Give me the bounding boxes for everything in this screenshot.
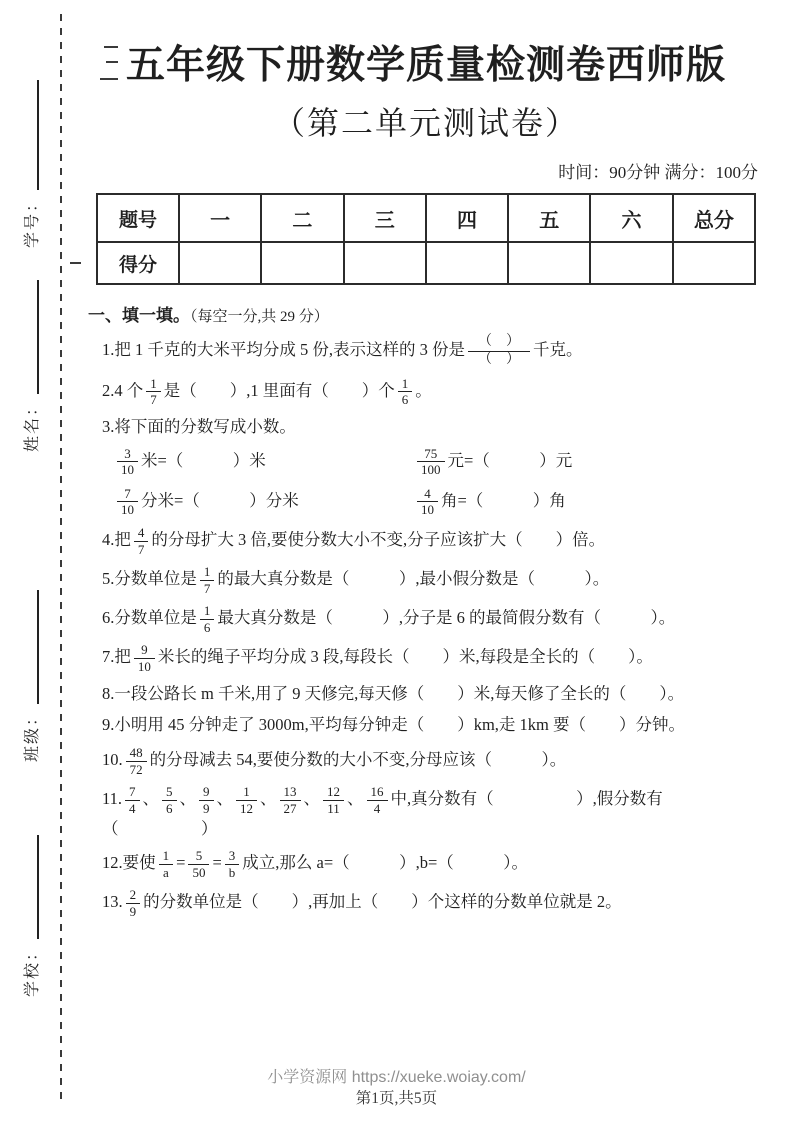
fraction: 29 (126, 887, 141, 919)
fraction: 710 (117, 486, 138, 518)
score-table-header-cell: 四 (426, 194, 508, 242)
question-item: 3.将下面的分数写成小数。310米=（ ）米75100元=（ ）元710分米=（… (102, 415, 764, 518)
section-title: 一、填一填。 (88, 306, 190, 325)
sub-item: 310米=（ ）米 (114, 446, 414, 478)
footer-source-link: 小学资源网 https://xueke.woiay.com/ (0, 1064, 793, 1087)
fraction: 47 (134, 525, 149, 557)
fraction: 410 (417, 486, 438, 518)
question-text: 4.把 (102, 530, 131, 549)
fraction: 16 (398, 376, 413, 408)
question-text: 元=（ ）元 (448, 450, 573, 469)
fraction: 1a (159, 848, 174, 880)
question-text: 10. (102, 750, 123, 769)
question-text: 的最大真分数是（ ）,最小假分数是（ ）。 (217, 569, 609, 588)
footer-page-number: 第1页,共5页 (0, 1086, 793, 1108)
sidebar-field-student-id: 学号： (16, 80, 42, 248)
question-text: 11. (102, 789, 122, 808)
time-score-meta: 时间：90分钟 满分：100分 (88, 158, 764, 183)
school-label: 学校： (19, 943, 42, 997)
fraction: 17 (200, 564, 215, 596)
question-text: 。 (415, 380, 432, 399)
question-text: 、 (304, 789, 321, 808)
question-item: 2.4 个17是（ ）,1 里面有（ ）个16。 (102, 376, 764, 408)
question-item: 11.74、56、99、112、1327、1211、164中,真分数有（ ）,假… (102, 784, 764, 841)
question-text: 13. (102, 892, 123, 911)
page-subtitle: （第二单元测试卷） (88, 98, 764, 144)
sidebar-field-class: 班级： (16, 590, 42, 762)
question-item: 1.把 1 千克的大米平均分成 5 份,表示这样的 3 份是（ ）（ ）千克。 (102, 334, 764, 369)
score-table-header-cell: 题号 (97, 194, 179, 242)
question-text: 分米=（ ）分米 (141, 491, 299, 510)
fraction: 550 (188, 848, 209, 880)
name-writeline (23, 280, 39, 394)
question-item: 10.4872的分母减去 54,要使分数的大小不变,分母应该（ ）。 (102, 745, 764, 777)
question-text: 2.4 个 (102, 380, 143, 399)
question-text: 成立,那么 a=（ ）,b=（ ）。 (242, 853, 528, 872)
score-table-header-cell: 三 (344, 194, 426, 242)
score-table-score-row: 得分 (97, 242, 755, 284)
question-text: 7.把 (102, 647, 131, 666)
question-item: 9.小明用 45 分钟走了 3000m,平均每分钟走（ ）km,走 1km 要（… (102, 713, 764, 738)
main-content: 五年级下册数学质量检测卷西师版 （第二单元测试卷） 时间：90分钟 满分：100… (88, 0, 764, 927)
sidebar-field-name: 姓名： (16, 280, 42, 452)
score-table-header-cell: 总分 (673, 194, 755, 242)
score-table-header-cell: 二 (261, 194, 343, 242)
question-text: 1.把 1 千克的大米平均分成 5 份,表示这样的 3 份是 (102, 340, 465, 359)
questions-list: 1.把 1 千克的大米平均分成 5 份,表示这样的 3 份是（ ）（ ）千克。2… (88, 334, 764, 920)
score-table-empty-cell (179, 242, 261, 284)
question-text: = (212, 853, 221, 872)
fraction: 16 (200, 603, 215, 635)
question-text: 8.一段公路长 m 千米,用了 9 天修完,每天修（ ）米,每天修了全长的（ ）… (102, 684, 684, 703)
score-table-header-cell: 五 (508, 194, 590, 242)
score-table: 题号一二三四五六总分 得分 (96, 193, 756, 285)
question-item: 4.把47的分母扩大 3 倍,要使分数大小不变,分子应该扩大（ ）倍。 (102, 525, 764, 557)
student-id-writeline (23, 80, 39, 190)
question-item: 12.要使1a=550=3b成立,那么 a=（ ）,b=（ ）。 (102, 848, 764, 880)
fraction: 75100 (417, 446, 445, 478)
question-text: 米长的绳子平均分成 3 段,每段长（ ）米,每段是全长的（ ）。 (158, 647, 653, 666)
question-text: 、 (260, 789, 277, 808)
question-item: 8.一段公路长 m 千米,用了 9 天修完,每天修（ ）米,每天修了全长的（ ）… (102, 682, 764, 707)
class-writeline (23, 590, 39, 704)
tick-mark (70, 262, 81, 264)
fraction: 3b (225, 848, 240, 880)
fraction: 74 (125, 784, 140, 816)
fraction: 4872 (126, 745, 147, 777)
test-paper-sheet: 学号： 姓名： 班级： 学校： 五年级下册数学质量检测卷西师版 （第二单元测试卷… (0, 0, 793, 1122)
question-item: 7.把910米长的绳子平均分成 3 段,每段长（ ）米,每段是全长的（ ）。 (102, 642, 764, 674)
score-table-empty-cell (590, 242, 672, 284)
score-table-header-cell: 六 (590, 194, 672, 242)
sub-item: 75100元=（ ）元 (414, 446, 764, 478)
fraction: 310 (117, 446, 138, 478)
fraction: 112 (236, 784, 257, 816)
binding-dashed-line (60, 14, 62, 1106)
section-note: （每空一分,共 29 分） (190, 309, 329, 325)
score-table-empty-cell (261, 242, 343, 284)
name-label: 姓名： (19, 398, 42, 452)
question-text: 千克。 (533, 340, 583, 359)
question-text: 是（ ）,1 里面有（ ）个 (164, 380, 395, 399)
question-item: 13.29的分数单位是（ ）,再加上（ ）个这样的分数单位就是 2。 (102, 887, 764, 919)
fraction: 99 (199, 784, 214, 816)
class-label: 班级： (19, 708, 42, 762)
score-table-empty-cell (673, 242, 755, 284)
fraction: 910 (134, 642, 155, 674)
question-text: 12.要使 (102, 853, 156, 872)
question-item: 5.分数单位是17的最大真分数是（ ）,最小假分数是（ ）。 (102, 564, 764, 596)
fraction: 56 (162, 784, 177, 816)
question-text: 9.小明用 45 分钟走了 3000m,平均每分钟走（ ）km,走 1km 要（… (102, 715, 685, 734)
section-heading: 一、填一填。（每空一分,共 29 分） (88, 301, 764, 326)
fraction: 1327 (280, 784, 301, 816)
score-table-empty-cell (426, 242, 508, 284)
question-text: 、 (217, 789, 234, 808)
question-text: 5.分数单位是 (102, 569, 197, 588)
fraction: 17 (146, 376, 161, 408)
fraction: （ ）（ ） (468, 334, 530, 369)
question-text: = (176, 853, 185, 872)
question-text: 、 (143, 789, 160, 808)
sub-items-grid: 310米=（ ）米75100元=（ ）元710分米=（ ）分米410角=（ ）角 (114, 446, 764, 518)
question-item: 6.分数单位是16最大真分数是（ ）,分子是 6 的最简假分数有（ ）。 (102, 603, 764, 635)
question-text: 最大真分数是（ ）,分子是 6 的最简假分数有（ ）。 (217, 608, 675, 627)
sidebar-field-school: 学校： (16, 835, 42, 997)
question-text: 的分母扩大 3 倍,要使分数大小不变,分子应该扩大（ ）倍。 (151, 530, 605, 549)
score-table-header-row: 题号一二三四五六总分 (97, 194, 755, 242)
sub-item: 710分米=（ ）分米 (114, 486, 414, 518)
score-table-header-cell: 一 (179, 194, 261, 242)
question-text: 、 (180, 789, 197, 808)
question-text: 6.分数单位是 (102, 608, 197, 627)
question-text: 角=（ ）角 (441, 491, 566, 510)
question-text: 的分数单位是（ ）,再加上（ ）个这样的分数单位就是 2。 (143, 892, 622, 911)
fraction: 164 (367, 784, 388, 816)
fraction: 1211 (323, 784, 344, 816)
question-text: 的分母减去 54,要使分数的大小不变,分母应该（ ）。 (150, 750, 567, 769)
student-id-label: 学号： (19, 194, 42, 248)
sub-item: 410角=（ ）角 (414, 486, 764, 518)
score-table-empty-cell (508, 242, 590, 284)
question-text: 3.将下面的分数写成小数。 (102, 417, 296, 436)
question-text: 、 (347, 789, 364, 808)
score-table-empty-cell (344, 242, 426, 284)
score-row-label: 得分 (97, 242, 179, 284)
page-title: 五年级下册数学质量检测卷西师版 (88, 34, 764, 90)
question-text: 米=（ ）米 (141, 450, 266, 469)
school-writeline (23, 835, 39, 939)
